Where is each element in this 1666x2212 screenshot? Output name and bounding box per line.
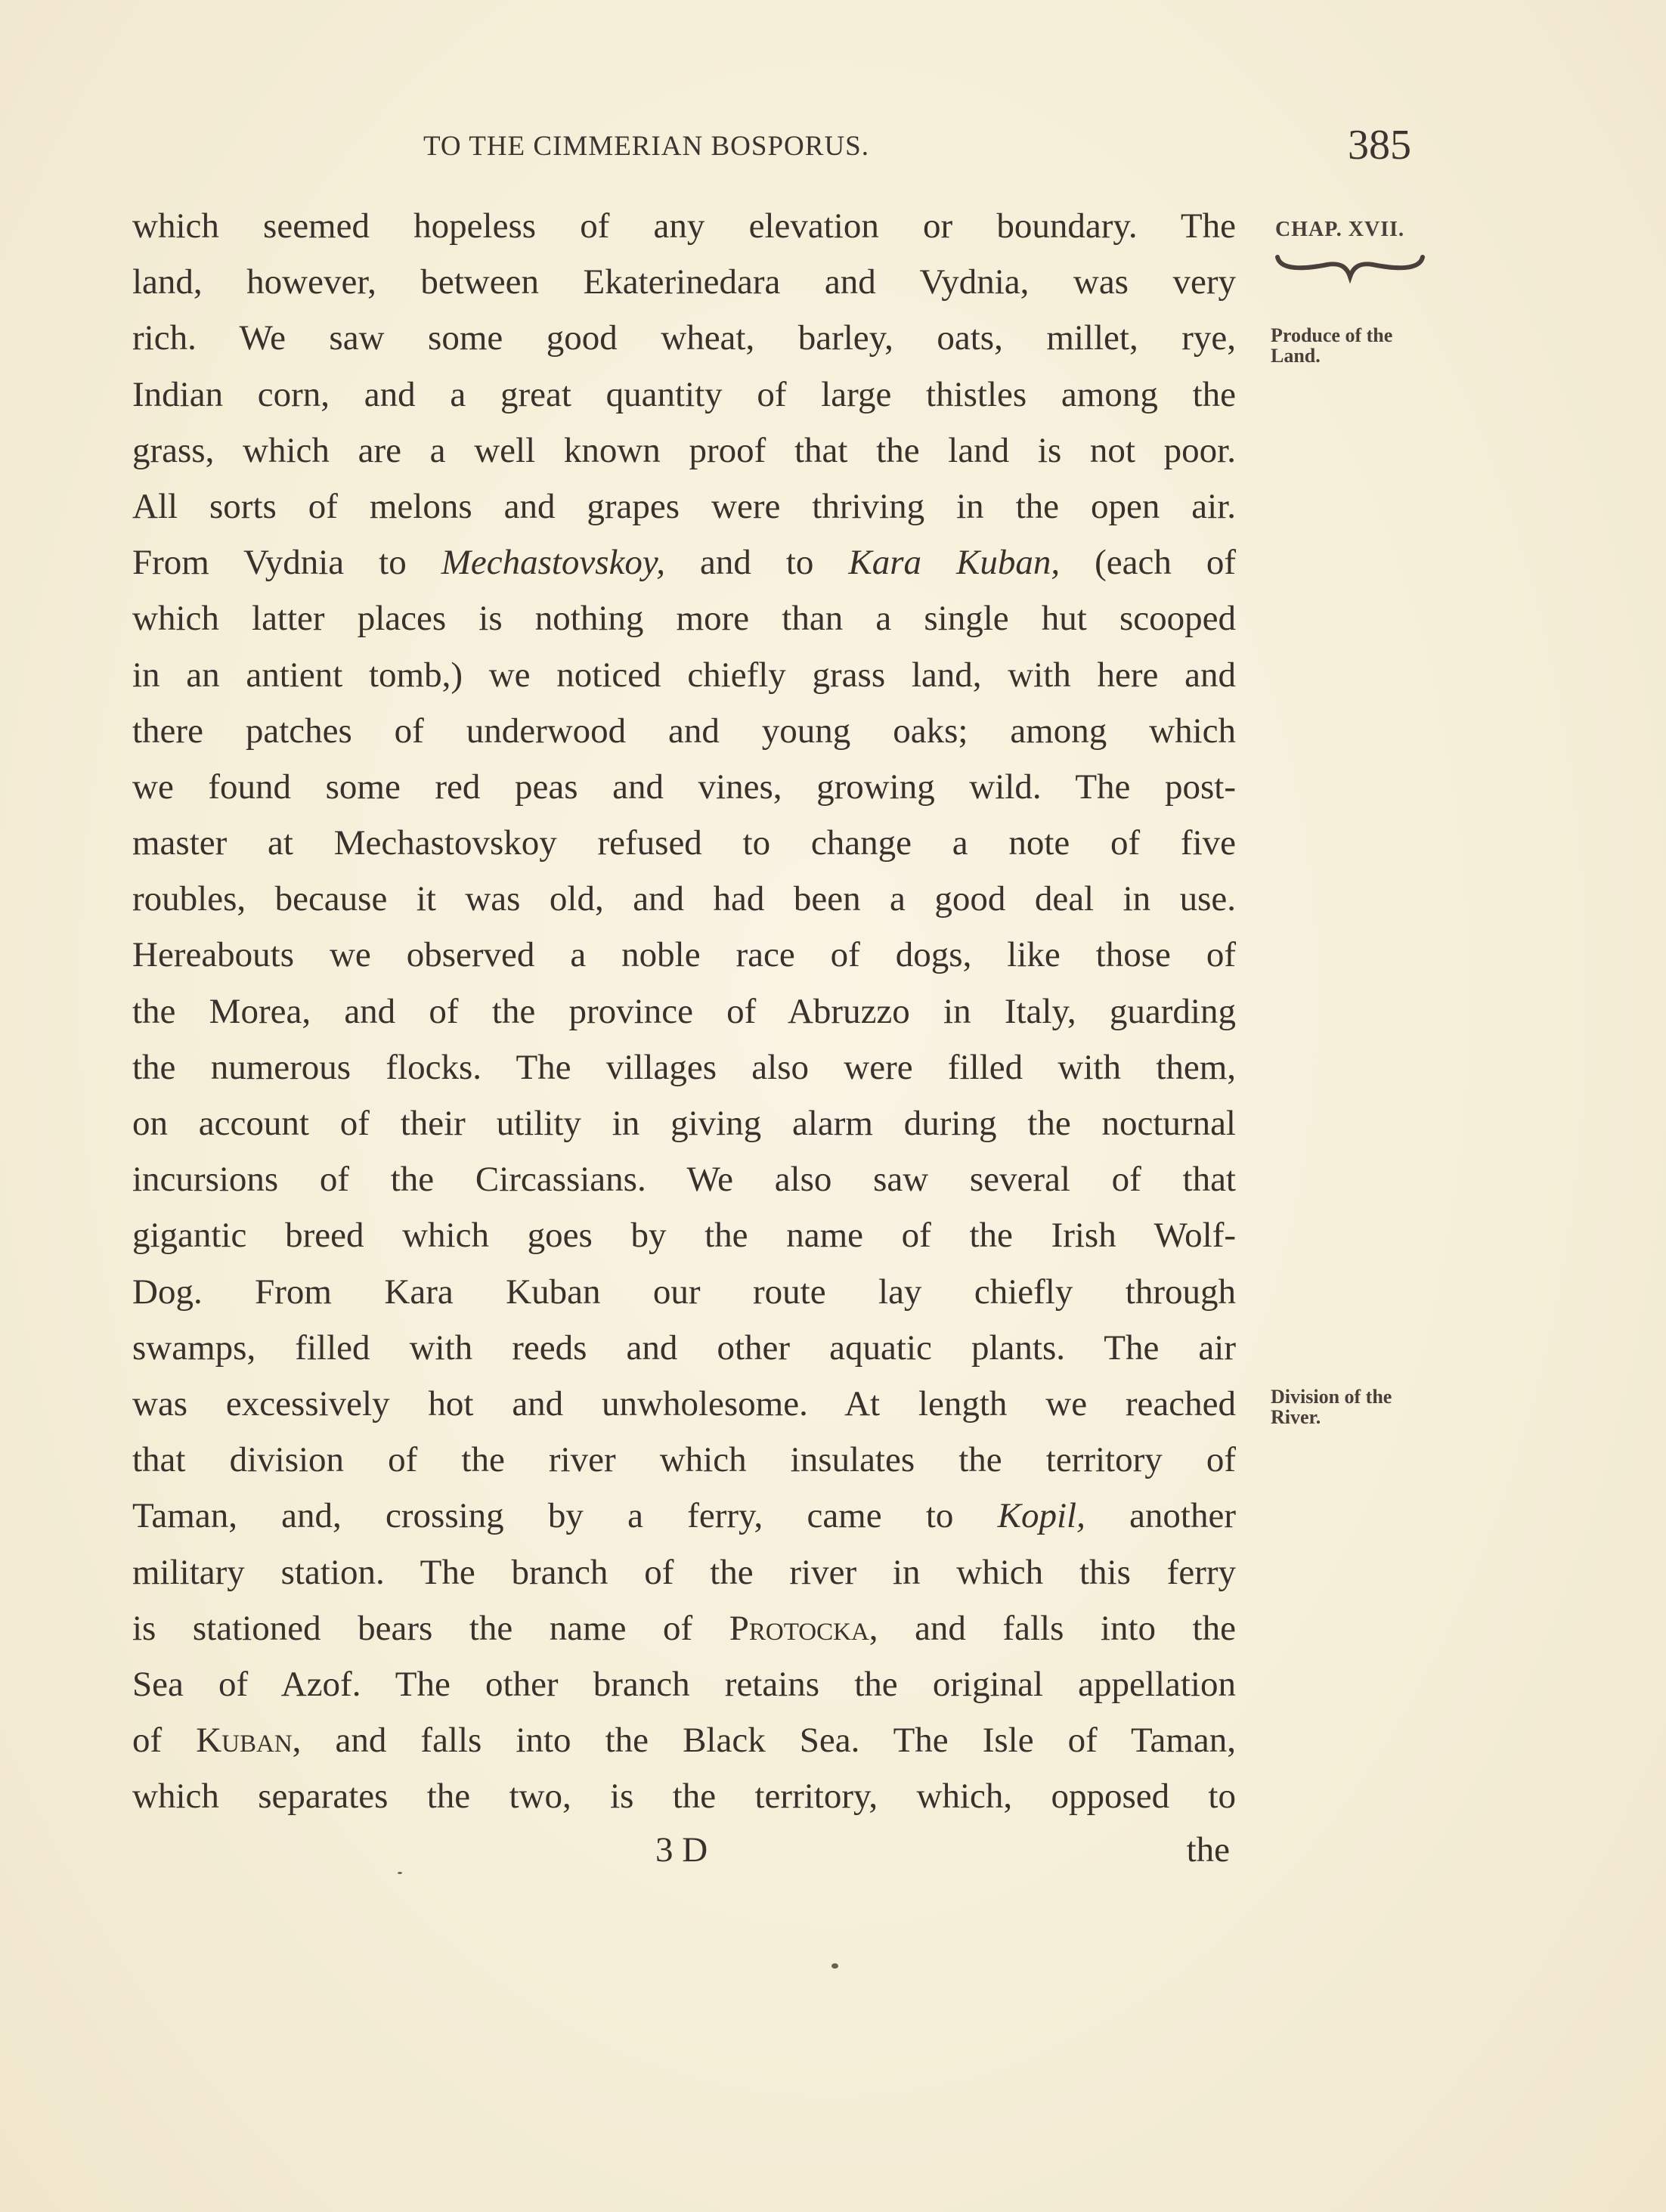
small-caps-river-name: Kuban	[196, 1721, 292, 1760]
text-line: Sea of Azof. The other branch retains th…	[132, 1656, 1236, 1712]
ink-speck	[831, 1963, 838, 1969]
text-line: Taman, and, crossing by a ferry, came to…	[132, 1488, 1236, 1544]
text-line: rich. We saw some good wheat, barley, oa…	[132, 310, 1236, 366]
text-line: Hereabouts we observed a noble race of d…	[132, 927, 1236, 983]
text-run: From Vydnia to	[132, 543, 441, 582]
text-line: there patches of underwood and young oak…	[132, 703, 1236, 759]
text-line: From Vydnia to Mechastovskoy, and to Kar…	[132, 534, 1236, 590]
text-line: land, however, between Ekaterinedara and…	[132, 254, 1236, 310]
margin-note-line: Produce of the	[1271, 325, 1392, 345]
text-line: incursions of the Circassians. We also s…	[132, 1151, 1236, 1207]
italic-place-name: Kopil,	[998, 1496, 1085, 1535]
text-line: Dog. From Kara Kuban our route lay chief…	[132, 1264, 1236, 1320]
page-number: 385	[1348, 121, 1411, 169]
text-run: Taman, and, crossing by a ferry, came to	[132, 1496, 998, 1535]
text-line: swamps, filled with reeds and other aqua…	[132, 1320, 1236, 1376]
text-line: which seemed hopeless of any elevation o…	[132, 198, 1236, 254]
margin-note-division: Division of the River.	[1271, 1386, 1392, 1427]
text-run: is stationed bears the name of	[132, 1609, 729, 1648]
text-run: , and falls into the	[869, 1609, 1236, 1648]
text-line: was excessively hot and unwholesome. At …	[132, 1376, 1236, 1432]
text-line: the Morea, and of the province of Abruzz…	[132, 984, 1236, 1039]
text-line: which separates the two, is the territor…	[132, 1768, 1236, 1824]
text-line: on account of their utility in giving al…	[132, 1095, 1236, 1151]
text-line: the numerous flocks. The villages also w…	[132, 1039, 1236, 1095]
footer-catchline: 3 D the	[132, 1829, 1236, 1875]
text-line: military station. The branch of the rive…	[132, 1544, 1236, 1600]
text-run: of	[132, 1721, 196, 1760]
text-line: grass, which are a well known proof that…	[132, 423, 1236, 479]
text-line: which latter places is nothing more than…	[132, 590, 1236, 646]
text-line: gigantic breed which goes by the name of…	[132, 1207, 1236, 1263]
small-caps-river-name: Protocka	[729, 1609, 869, 1648]
signature-mark: 3 D	[655, 1829, 708, 1870]
text-line: in an antient tomb,) we noticed chiefly …	[132, 647, 1236, 703]
text-line: roubles, because it was old, and had bee…	[132, 871, 1236, 927]
italic-place-name: Kara Kuban,	[848, 543, 1060, 582]
margin-note-line: Land.	[1271, 345, 1392, 366]
text-line: we found some red peas and vines, growin…	[132, 759, 1236, 815]
text-line: Indian corn, and a great quantity of lar…	[132, 367, 1236, 423]
italic-place-name: Mechastovskoy,	[441, 543, 665, 582]
margin-note-line: Division of the	[1271, 1386, 1392, 1407]
text-run: another	[1085, 1496, 1236, 1535]
text-line: All sorts of melons and grapes were thri…	[132, 479, 1236, 534]
text-line: that division of the river which insulat…	[132, 1432, 1236, 1488]
text-run: (each of	[1060, 543, 1236, 582]
chapter-label: CHAP. XVII.	[1275, 218, 1404, 242]
text-line: is stationed bears the name of Protocka,…	[132, 1600, 1236, 1656]
body-text: which seemed hopeless of any elevation o…	[132, 198, 1236, 1824]
text-line: master at Mechastovskoy refused to chang…	[132, 815, 1236, 871]
catchword: the	[1187, 1829, 1230, 1870]
text-run: , and falls into the Black Sea. The Isle…	[293, 1721, 1236, 1760]
margin-note-line: River.	[1271, 1407, 1392, 1427]
running-head: TO THE CIMMERIAN BOSPORUS.	[423, 130, 869, 163]
ink-speck	[398, 1872, 402, 1874]
margin-note-produce: Produce of the Land.	[1271, 325, 1392, 366]
text-run: and to	[665, 543, 848, 582]
text-line: of Kuban, and falls into the Black Sea. …	[132, 1712, 1236, 1768]
brace-ornament-icon	[1274, 254, 1426, 284]
